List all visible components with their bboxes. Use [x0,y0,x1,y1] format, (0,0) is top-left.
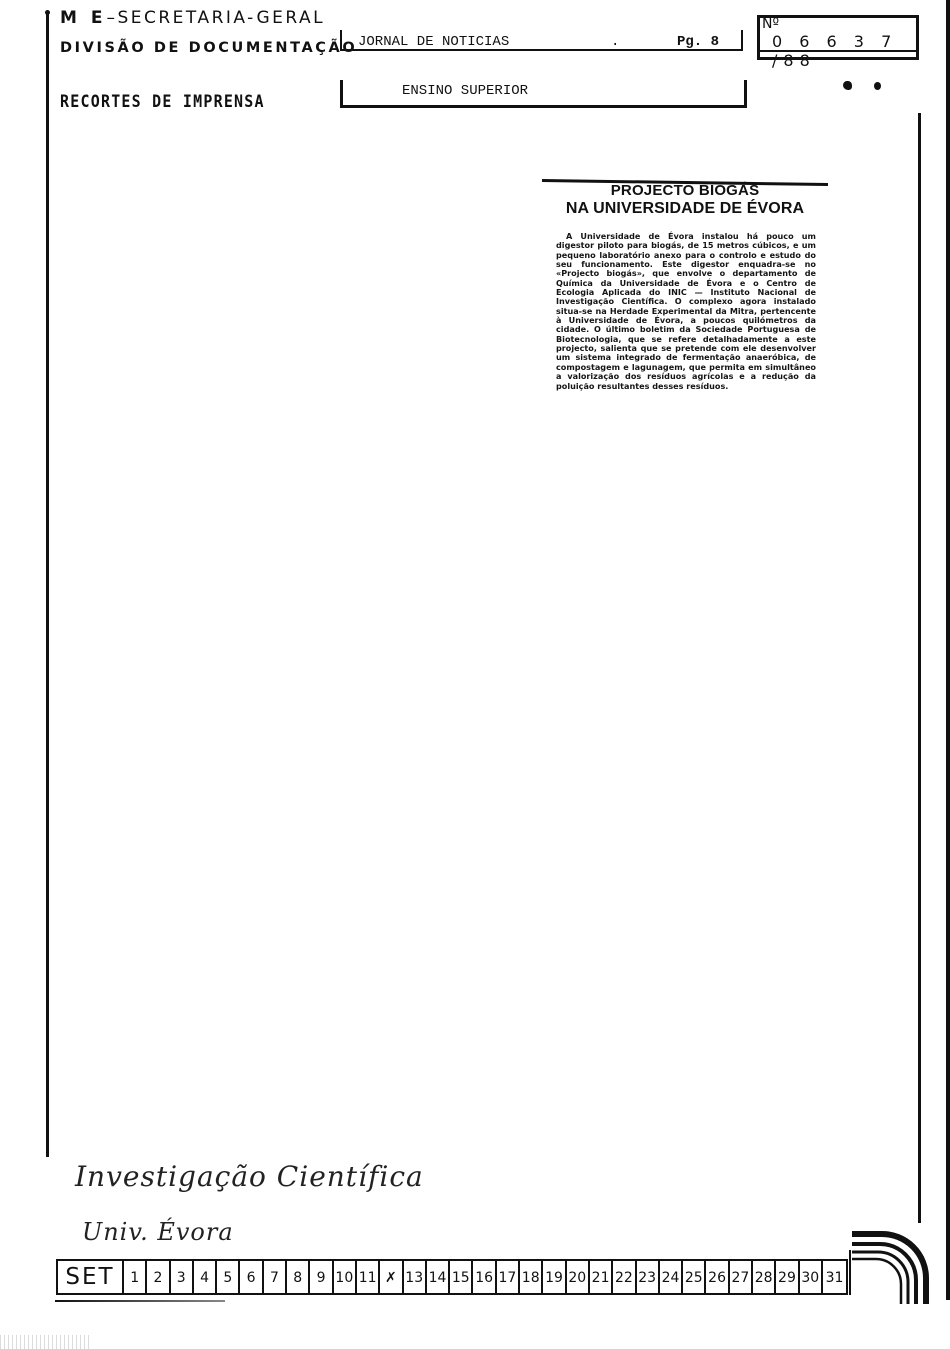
punch-mark-1 [843,81,852,90]
day-cell-8: 8 [287,1261,310,1293]
ministry-heading: M E–SECRETARIA-GERAL [60,8,325,28]
day-cell-26: 26 [706,1261,729,1293]
day-cell-3: 3 [171,1261,194,1293]
day-cell-31: 31 [823,1261,846,1293]
month-label: SET [58,1261,124,1293]
day-cell-25: 25 [683,1261,706,1293]
day-cell-21: 21 [590,1261,613,1293]
day-cell-5: 5 [217,1261,240,1293]
day-cell-4: 4 [194,1261,217,1293]
day-cell-11: 11 [357,1261,380,1293]
handwritten-subject: Investigação Científica [75,1160,424,1193]
article-title-line1: PROJECTO BIOGÁS [550,182,820,199]
division-heading: DIVISÃO DE DOCUMENTAÇÃO [60,40,357,56]
ministry-prefix: M E [60,8,106,28]
day-cell-16: 16 [473,1261,496,1293]
right-margin-rule-inner [918,113,921,1223]
day-cell-29: 29 [776,1261,799,1293]
day-cell-28: 28 [753,1261,776,1293]
day-cell-27: 27 [730,1261,753,1293]
punch-mark-2 [874,82,881,90]
day-cell-23: 23 [637,1261,660,1293]
day-cell-17: 17 [497,1261,520,1293]
page-number: Pg. 8 [677,34,719,50]
field-separator: . [611,34,619,50]
article-title-line2: NA UNIVERSIDADE DE ÉVORA [550,200,820,218]
day-cell-15: 15 [450,1261,473,1293]
day-cell-20: 20 [567,1261,590,1293]
day-cell-22: 22 [613,1261,636,1293]
day-cell-18: 18 [520,1261,543,1293]
day-cell-24: 24 [660,1261,683,1293]
day-cell-9: 9 [310,1261,333,1293]
record-number-underline [760,50,916,52]
ministry-name: –SECRETARIA-GERAL [106,8,325,28]
left-margin-rule [46,12,49,1157]
section-name: ENSINO SUPERIOR [402,83,528,99]
day-cell-6: 6 [240,1261,263,1293]
record-number-label: Nº [762,16,779,32]
day-cell-19: 19 [543,1261,566,1293]
service-heading: RECORTES DE IMPRENSA [60,92,265,112]
day-cell-30: 30 [800,1261,823,1293]
scan-noise [0,1335,90,1349]
bottom-scan-line [55,1300,225,1302]
day-cell-2: 2 [147,1261,170,1293]
right-page-edge [946,0,950,1300]
article-body: A Universidade de Évora instalou há pouc… [556,232,816,391]
date-grid: SET 1234567891011✗1314151617181920212223… [56,1259,848,1295]
day-cells: 1234567891011✗13141516171819202122232425… [124,1261,846,1293]
newspaper-name: JORNAL DE NOTICIAS [358,34,509,50]
day-cell-14: 14 [427,1261,450,1293]
day-cell-10: 10 [334,1261,357,1293]
day-cell-12: ✗ [380,1261,403,1293]
day-cell-13: 13 [404,1261,427,1293]
handwritten-institution: Univ. Évora [82,1218,234,1246]
archive-logo-icon [848,1224,932,1304]
day-cell-7: 7 [264,1261,287,1293]
day-cell-1: 1 [124,1261,147,1293]
